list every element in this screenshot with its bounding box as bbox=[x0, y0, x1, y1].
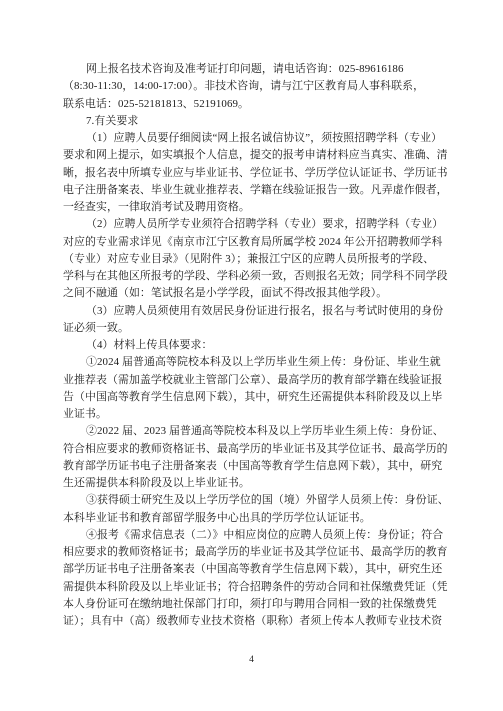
text-line: ①2024 届普通高等院校本科及以上学历毕业生须上传：身份证、毕业生就 bbox=[63, 354, 445, 371]
document-page: 网上报名技术咨询及准考证打印问题，请电话咨询：025-89616186（8:30… bbox=[0, 0, 503, 711]
text-line: （3）应聘人员须使用有效居民身份证进行报名，报名与考试时使用的身份 bbox=[63, 303, 445, 320]
text-line: 需提供本科阶段及以上毕业证书；符合招聘条件的劳动合同和社保缴费凭证（凭 bbox=[63, 579, 445, 596]
text-line: 业证书。 bbox=[63, 406, 445, 423]
text-line: 业推荐表（需加盖学校就业主管部门公章）、最高学历的教育部学籍在线验证报 bbox=[63, 372, 445, 389]
text-line: 要求和网上提示，如实填报个人信息，提交的报考申请材料应当真实、准确、清 bbox=[63, 147, 445, 164]
text-line: 相应要求的教师资格证书；最高学历的毕业证书及其学位证书、最高学历的教育 bbox=[63, 544, 445, 561]
text-line: 电子注册备案表、毕业生就业推荐表、学籍在线验证报告一致。凡弄虚作假者， bbox=[63, 182, 445, 199]
text-line: 联系电话：025-52181813、52191069。 bbox=[63, 96, 445, 113]
text-line: 本人身份证可在缴纳地社保部门打印，须打印与聘用合同相一致的社保缴费凭 bbox=[63, 596, 445, 613]
page-content: 网上报名技术咨询及准考证打印问题，请电话咨询：025-89616186（8:30… bbox=[63, 61, 445, 630]
text-line: 网上报名技术咨询及准考证打印问题，请电话咨询：025-89616186 bbox=[63, 61, 445, 78]
page-number: 4 bbox=[0, 655, 503, 665]
text-line: 教育部学历证书电子注册备案表（中国高等教育学生信息网下载），其中，研究 bbox=[63, 458, 445, 475]
text-line: 部学历证书电子注册备案表（中国高等教育学生信息网下载），其中，研究生还 bbox=[63, 561, 445, 578]
text-line: 证）；具有中（高）级教师专业技术资格（职称）者须上传本人教师专业技术资 bbox=[63, 613, 445, 630]
text-line: 证必须一致。 bbox=[63, 320, 445, 337]
text-line: 符合相应要求的教师资格证书、最高学历的毕业证书及其学位证书、最高学历的 bbox=[63, 441, 445, 458]
text-line: ②2022 届、2023 届普通高等院校本科及以上学历毕业生须上传：身份证、 bbox=[63, 423, 445, 440]
text-line: ③获得硕士研究生及以上学历学位的国（境）外留学人员须上传：身份证、 bbox=[63, 492, 445, 509]
text-line: 之间不融通（如：笔试报名是小学学段，面试不得改报其他学段）。 bbox=[63, 285, 445, 302]
text-line: 本科毕业证书和教育部留学服务中心出具的学历学位认证证书。 bbox=[63, 510, 445, 527]
text-line: 7.有关要求 bbox=[63, 113, 445, 130]
text-line: （4）材料上传具体要求： bbox=[63, 337, 445, 354]
text-line: 告（中国高等教育学生信息网下载），其中，研究生还需提供本科阶段及以上毕 bbox=[63, 389, 445, 406]
text-line: （1）应聘人员要仔细阅读“网上报名诚信协议”，须按照招聘学科（专业） bbox=[63, 130, 445, 147]
text-line: （专业）对应专业目录》（见附件 3）；兼报江宁区的应聘人员所报考的学段、 bbox=[63, 251, 445, 268]
text-line: 学科与在其他区所报考的学段、学科必须一致，否则报名无效；同学科不同学段 bbox=[63, 268, 445, 285]
text-line: 一经查实，一律取消考试及聘用资格。 bbox=[63, 199, 445, 216]
text-line: 晰，报名表中所填专业应与毕业证书、学位证书、学历学位认证证书、学历证书 bbox=[63, 165, 445, 182]
text-line: 生还需提供本科阶段及以上毕业证书。 bbox=[63, 475, 445, 492]
text-line: （8:30-11:30，14:00-17:00）。非技术咨询，请与江宁区教育局人… bbox=[63, 78, 445, 95]
text-line: （2）应聘人员所学专业须符合招聘学科（专业）要求，招聘学科（专业） bbox=[63, 216, 445, 233]
text-line: ④报考《需求信息表（二）》中相应岗位的应聘人员须上传：身份证；符合 bbox=[63, 527, 445, 544]
text-line: 对应的专业需求详见《南京市江宁区教育局所属学校 2024 年公开招聘教师学科 bbox=[63, 234, 445, 251]
